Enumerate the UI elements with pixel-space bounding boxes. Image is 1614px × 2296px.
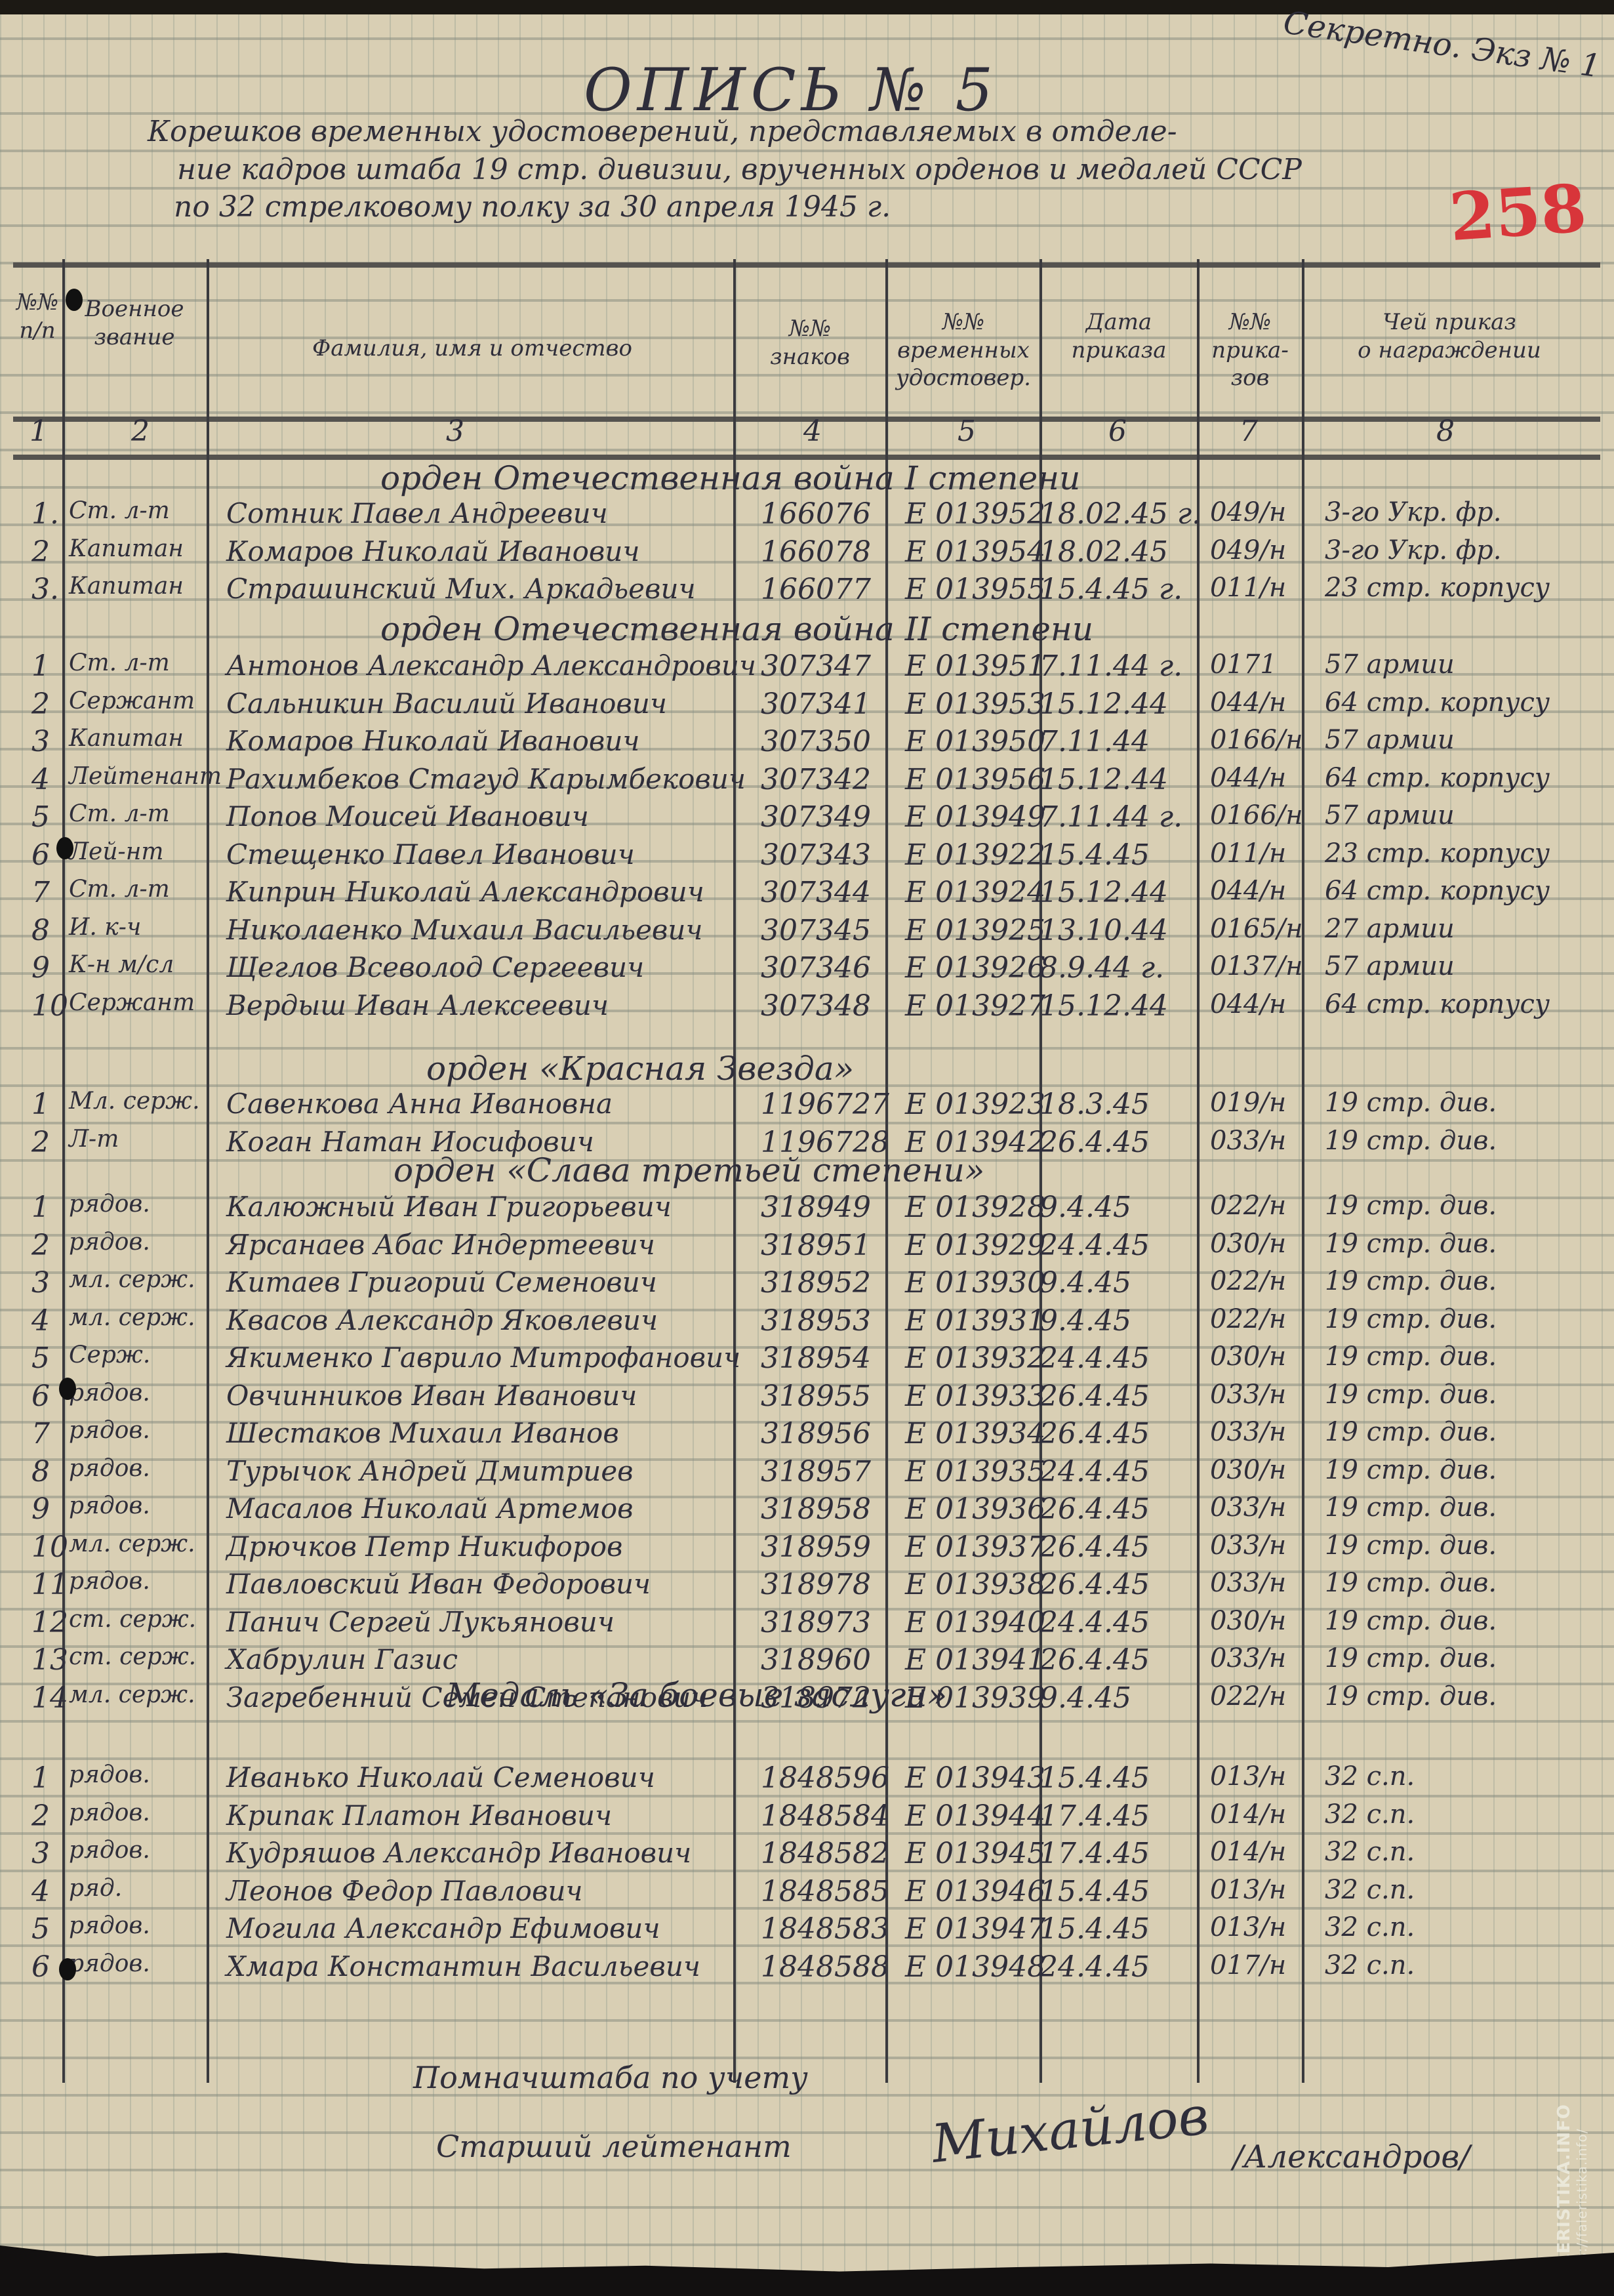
column-header-issuing-authority: Чей приказ о награждении — [1305, 308, 1594, 364]
order-date: 26.4.45 — [1039, 1380, 1150, 1413]
issuing-authority: 19 стр. див. — [1325, 1229, 1497, 1259]
issuing-authority: 19 стр. див. — [1325, 1417, 1497, 1447]
badge-number: 318954 — [761, 1342, 871, 1375]
issuing-authority: 32 с.п. — [1325, 1761, 1415, 1792]
subtitle-line-1: Корешков временных удостоверений, предст… — [148, 115, 1177, 148]
row-number: 2 — [31, 535, 50, 569]
order-number: 0165/н — [1210, 914, 1303, 944]
row-number: 3 — [31, 1266, 50, 1300]
row-number: 2 — [31, 1126, 50, 1159]
order-date: 13.10.44 — [1039, 914, 1168, 947]
row-number: 2 — [31, 687, 50, 721]
row-number: 9 — [31, 951, 50, 985]
order-number: 013/н — [1210, 1875, 1286, 1905]
certificate-number: Е 013925 — [905, 914, 1045, 947]
military-rank: рядов. — [69, 1568, 150, 1595]
full-name: Комаров Николай Иванович — [226, 535, 640, 567]
row-number: 6 — [31, 1380, 50, 1413]
order-number: 013/н — [1210, 1761, 1286, 1792]
issuing-authority: 19 стр. див. — [1325, 1643, 1497, 1673]
military-rank: мл. серж. — [69, 1304, 195, 1331]
issuing-authority: 32 с.п. — [1325, 1912, 1415, 1942]
order-number: 030/н — [1210, 1229, 1286, 1259]
military-rank: мл. серж. — [69, 1266, 195, 1293]
issuing-authority: 32 с.п. — [1325, 1799, 1415, 1830]
issuing-authority: 19 стр. див. — [1325, 1304, 1497, 1334]
table-row: 9рядов.Масалов Николай Артемов318958Е 01… — [0, 1492, 1614, 1533]
full-name: Шестаков Михаил Иванов — [226, 1417, 619, 1449]
military-rank: рядов. — [69, 1950, 150, 1977]
military-rank: Капитан — [69, 725, 184, 752]
certificate-number: Е 013922 — [905, 838, 1045, 872]
order-date: 8.9.44 г. — [1039, 951, 1164, 985]
military-rank: Лей-нт — [69, 838, 164, 865]
table-row: 2КапитанКомаров Николай Иванович166078Е … — [0, 535, 1614, 576]
military-rank: Мл. серж. — [69, 1088, 200, 1115]
issuing-authority: 64 стр. корпусу — [1325, 687, 1550, 718]
military-rank: Ст. л-т — [69, 649, 170, 676]
order-number: 033/н — [1210, 1492, 1286, 1523]
table-row: 10мл. серж.Дрючков Петр Никифоров318959Е… — [0, 1530, 1614, 1571]
row-number: 3 — [31, 725, 50, 758]
full-name: Турычок Андрей Дмитриев — [226, 1455, 634, 1487]
full-name: Ярсанаев Абас Индертеевич — [226, 1229, 655, 1261]
badge-number: 307343 — [761, 838, 871, 872]
issuing-authority: 19 стр. див. — [1325, 1342, 1497, 1372]
order-number: 033/н — [1210, 1643, 1286, 1673]
issuing-authority: 32 с.п. — [1325, 1837, 1415, 1867]
order-number: 022/н — [1210, 1191, 1286, 1221]
military-rank: Ст. л-т — [69, 800, 170, 827]
badge-number: 318960 — [761, 1643, 871, 1677]
badge-number: 318956 — [761, 1417, 871, 1450]
punch-hole — [66, 289, 83, 311]
order-number: 033/н — [1210, 1380, 1286, 1410]
military-rank: Лейтенант — [69, 763, 222, 790]
order-number: 019/н — [1210, 1088, 1286, 1118]
table-row: 5рядов.Могила Александр Ефимович1848583Е… — [0, 1912, 1614, 1953]
row-number: 4 — [31, 763, 50, 796]
military-rank: рядов. — [69, 1455, 150, 1482]
issuing-authority: 27 армии — [1325, 914, 1455, 944]
military-rank: Сержант — [69, 687, 195, 714]
certificate-number: Е 013941 — [905, 1643, 1045, 1677]
full-name: Сальникин Василий Иванович — [226, 687, 667, 720]
military-rank: Капитан — [69, 573, 184, 600]
certificate-number: Е 013955 — [905, 573, 1045, 606]
full-name: Дрючков Петр Никифоров — [226, 1530, 622, 1563]
table-row: 11рядов.Павловский Иван Федорович318978Е… — [0, 1568, 1614, 1609]
badge-number: 307349 — [761, 800, 871, 834]
signatory-position: Помначштаба по учету — [413, 2060, 808, 2095]
badge-number: 307345 — [761, 914, 871, 947]
order-date: 15.12.44 — [1039, 876, 1168, 909]
full-name: Савенкова Анна Ивановна — [226, 1088, 613, 1120]
order-number: 030/н — [1210, 1606, 1286, 1636]
military-rank: рядов. — [69, 1191, 150, 1218]
section-heading: орден «Красная Звезда» — [426, 1050, 854, 1088]
certificate-number: Е 013951 — [905, 649, 1045, 683]
issuing-authority: 3-го Укр. фр. — [1325, 497, 1501, 527]
full-name: Хабрулин Газис — [226, 1643, 458, 1675]
order-number: 049/н — [1210, 535, 1286, 565]
scan-edge-bottom — [0, 2224, 1614, 2296]
table-row: 3мл. серж.Китаев Григорий Семенович31895… — [0, 1266, 1614, 1307]
signatory-rank: Старший лейтенант — [436, 2129, 792, 2164]
table-top-border — [13, 262, 1600, 268]
table-row: 3.КапитанСтрашинский Мих. Аркадьевич1660… — [0, 573, 1614, 613]
row-number: 3 — [31, 1837, 50, 1870]
row-number: 5 — [31, 1342, 50, 1375]
order-number: 011/н — [1210, 838, 1286, 869]
military-rank: Ст. л-т — [69, 876, 170, 903]
badge-number: 318949 — [761, 1191, 871, 1224]
row-number: 1 — [31, 1191, 50, 1224]
column-header-rank: Военное звание — [66, 295, 203, 351]
order-number: 0171 — [1210, 649, 1277, 680]
table-row: 3КапитанКомаров Николай Иванович307350Е … — [0, 725, 1614, 766]
full-name: Панич Сергей Лукьянович — [226, 1606, 615, 1638]
badge-number: 1196727 — [761, 1088, 889, 1121]
certificate-number: Е 013930 — [905, 1266, 1045, 1300]
issuing-authority: 23 стр. корпусу — [1325, 573, 1550, 603]
column-number: 2 — [131, 415, 150, 448]
issuing-authority: 19 стр. див. — [1325, 1380, 1497, 1410]
military-rank: Ст. л-т — [69, 497, 170, 524]
order-number: 033/н — [1210, 1568, 1286, 1598]
issuing-authority: 19 стр. див. — [1325, 1530, 1497, 1561]
certificate-number: Е 013924 — [905, 876, 1045, 909]
row-number: 3. — [31, 573, 59, 606]
badge-number: 318973 — [761, 1606, 871, 1639]
order-number: 0166/н — [1210, 800, 1303, 830]
table-row: 2рядов.Ярсанаев Абас Индертеевич318951Е … — [0, 1229, 1614, 1269]
military-rank: К-н м/сл — [69, 951, 174, 978]
military-rank: рядов. — [69, 1380, 150, 1406]
certificate-number: Е 013946 — [905, 1875, 1045, 1908]
issuing-authority: 19 стр. див. — [1325, 1455, 1497, 1485]
table-row: 12ст. серж.Панич Сергей Лукьянович318973… — [0, 1606, 1614, 1647]
badge-number: 307348 — [761, 989, 871, 1023]
issuing-authority: 57 армии — [1325, 800, 1455, 830]
certificate-number: Е 013956 — [905, 763, 1045, 796]
table-row: 6рядов.Хмара Константин Васильевич184858… — [0, 1950, 1614, 1991]
full-name: Щеглов Всеволод Сергеевич — [226, 951, 644, 983]
issuing-authority: 19 стр. див. — [1325, 1126, 1497, 1156]
row-number: 8 — [31, 914, 50, 947]
order-date: 9.4.45 — [1039, 1681, 1131, 1715]
certificate-number: Е 013927 — [905, 989, 1045, 1023]
certificate-number: Е 013952 — [905, 497, 1045, 531]
section-heading: Медаль «За боевые заслуги» — [446, 1676, 947, 1714]
badge-number: 318959 — [761, 1530, 871, 1564]
table-row: 4ряд.Леонов Федор Павлович1848585Е 01394… — [0, 1875, 1614, 1916]
order-date: 9.4.45 — [1039, 1191, 1131, 1224]
full-name: Вердыш Иван Алексеевич — [226, 989, 609, 1021]
badge-number: 1848582 — [761, 1837, 889, 1870]
secret-mark: Секретно. Экз № 1 — [1281, 4, 1603, 85]
issuing-authority: 32 с.п. — [1325, 1950, 1415, 1980]
order-date: 15.4.45 — [1039, 1761, 1150, 1795]
military-rank: рядов. — [69, 1417, 150, 1444]
certificate-number: Е 013926 — [905, 951, 1045, 985]
section-heading: орден «Слава третьей степени» — [393, 1151, 984, 1189]
row-number: 7 — [31, 876, 50, 909]
certificate-number: Е 013931 — [905, 1304, 1045, 1338]
military-rank: рядов. — [69, 1492, 150, 1519]
certificate-number: Е 013948 — [905, 1950, 1045, 1984]
subtitle-line-3: по 32 стрелковому полку за 30 апреля 194… — [174, 190, 891, 224]
table-row: 4ЛейтенантРахимбеков Стагуд Карымбекович… — [0, 763, 1614, 804]
order-date: 26.4.45 — [1039, 1492, 1150, 1526]
badge-number: 307350 — [761, 725, 871, 758]
order-date: 15.4.45 г. — [1039, 573, 1182, 606]
badge-number: 318952 — [761, 1266, 871, 1300]
issuing-authority: 19 стр. див. — [1325, 1606, 1497, 1636]
military-rank: ст. серж. — [69, 1606, 196, 1633]
military-rank: рядов. — [69, 1761, 150, 1788]
order-date: 18.02.45 — [1039, 535, 1168, 569]
issuing-authority: 19 стр. див. — [1325, 1088, 1497, 1118]
order-date: 15.4.45 — [1039, 1875, 1150, 1908]
badge-number: 1848583 — [761, 1912, 889, 1946]
order-date: 7.11.44 — [1039, 725, 1150, 758]
full-name: Киприн Николай Александрович — [226, 876, 704, 908]
full-name: Попов Моисей Иванович — [226, 800, 589, 832]
row-number: 4 — [31, 1304, 50, 1338]
order-date: 17.4.45 — [1039, 1799, 1150, 1833]
badge-number: 1848588 — [761, 1950, 889, 1984]
row-number: 1. — [31, 497, 59, 531]
full-name: Крипак Платон Иванович — [226, 1799, 612, 1832]
order-number: 033/н — [1210, 1530, 1286, 1561]
military-rank: рядов. — [69, 1912, 150, 1939]
signatory-name: /Александров/ — [1233, 2139, 1470, 2175]
full-name: Комаров Николай Иванович — [226, 725, 640, 757]
full-name: Антонов Александр Александрович — [226, 649, 756, 682]
certificate-number: Е 013954 — [905, 535, 1045, 569]
table-row: 1рядов.Иванько Николай Семенович1848596Е… — [0, 1761, 1614, 1802]
certificate-number: Е 013940 — [905, 1606, 1045, 1639]
column-number: 6 — [1108, 415, 1127, 448]
military-rank: Серж. — [69, 1342, 150, 1368]
badge-number: 318978 — [761, 1568, 871, 1601]
order-number: 0137/н — [1210, 951, 1303, 981]
punch-hole — [59, 1958, 76, 1980]
order-date: 24.4.45 — [1039, 1342, 1150, 1375]
badge-number: 307344 — [761, 876, 871, 909]
military-rank: Сержант — [69, 989, 195, 1016]
row-number: 10 — [31, 1530, 68, 1564]
issuing-authority: 19 стр. див. — [1325, 1681, 1497, 1712]
order-date: 18.02.45 г. — [1039, 497, 1201, 531]
badge-number: 307342 — [761, 763, 871, 796]
table-row: 10СержантВердыш Иван Алексеевич307348Е 0… — [0, 989, 1614, 1030]
order-number: 022/н — [1210, 1266, 1286, 1296]
order-number: 022/н — [1210, 1681, 1286, 1712]
section-heading: орден Отечественная война I степени — [380, 459, 1080, 497]
table-row: 7Ст. л-тКиприн Николай Александрович3073… — [0, 876, 1614, 916]
certificate-number: Е 013932 — [905, 1342, 1045, 1375]
badge-number: 1848596 — [761, 1761, 889, 1795]
order-number: 030/н — [1210, 1455, 1286, 1485]
badge-number: 307347 — [761, 649, 871, 683]
certificate-number: Е 013944 — [905, 1799, 1045, 1833]
table-row: 1Мл. серж.Савенкова Анна Ивановна1196727… — [0, 1088, 1614, 1128]
table-row: 9К-н м/слЩеглов Всеволод Сергеевич307346… — [0, 951, 1614, 992]
issuing-authority: 23 стр. корпусу — [1325, 838, 1550, 869]
table-row: 4мл. серж.Квасов Александр Яковлевич3189… — [0, 1304, 1614, 1345]
badge-number: 1848584 — [761, 1799, 889, 1833]
certificate-number: Е 013936 — [905, 1492, 1045, 1526]
certificate-number: Е 013923 — [905, 1088, 1045, 1121]
issuing-authority: 19 стр. див. — [1325, 1568, 1497, 1598]
column-number: 4 — [803, 415, 822, 448]
order-number: 044/н — [1210, 876, 1286, 906]
table-row: 7рядов.Шестаков Михаил Иванов318956Е 013… — [0, 1417, 1614, 1458]
column-number: 5 — [958, 415, 976, 448]
military-rank: Капитан — [69, 535, 184, 562]
certificate-number: Е 013928 — [905, 1191, 1045, 1224]
badge-number: 307341 — [761, 687, 871, 721]
row-number: 10 — [31, 989, 68, 1023]
table-row: 8рядов.Турычок Андрей Дмитриев318957Е 01… — [0, 1455, 1614, 1496]
order-date: 26.4.45 — [1039, 1643, 1150, 1677]
table-row: 3рядов.Кудряшов Александр Иванович184858… — [0, 1837, 1614, 1877]
order-date: 24.4.45 — [1039, 1950, 1150, 1984]
order-date: 17.4.45 — [1039, 1837, 1150, 1870]
column-header-order-number: №№ прика- зов — [1200, 308, 1300, 392]
full-name: Сотник Павел Андреевич — [226, 497, 608, 529]
row-number: 11 — [31, 1568, 68, 1601]
order-date: 24.4.45 — [1039, 1606, 1150, 1639]
certificate-number: Е 013950 — [905, 725, 1045, 758]
row-number: 2 — [31, 1229, 50, 1262]
order-date: 15.4.45 — [1039, 838, 1150, 872]
badge-number: 166077 — [761, 573, 871, 606]
row-number: 1 — [31, 1088, 50, 1121]
order-date: 7.11.44 г. — [1039, 649, 1182, 683]
order-number: 0166/н — [1210, 725, 1303, 755]
full-name: Овчинников Иван Иванович — [226, 1380, 637, 1412]
row-number: 5 — [31, 1912, 50, 1946]
issuing-authority: 64 стр. корпусу — [1325, 989, 1550, 1019]
order-number: 033/н — [1210, 1126, 1286, 1156]
order-date: 15.12.44 — [1039, 687, 1168, 721]
issuing-authority: 3-го Укр. фр. — [1325, 535, 1501, 565]
column-number: 8 — [1436, 415, 1455, 448]
subtitle-line-2: ние кадров штаба 19 стр. дивизии, вручен… — [177, 153, 1302, 186]
table-row: 6Лей-нтСтещенко Павел Иванович307343Е 01… — [0, 838, 1614, 879]
section-heading: орден Отечественная война II степени — [380, 610, 1093, 648]
badge-number: 318957 — [761, 1455, 871, 1488]
full-name: Леонов Федор Павлович — [226, 1875, 583, 1907]
issuing-authority: 32 с.п. — [1325, 1875, 1415, 1905]
row-number: 1 — [31, 649, 50, 683]
table-row: 5Ст. л-тПопов Моисей Иванович307349Е 013… — [0, 800, 1614, 841]
row-number: 2 — [31, 1799, 50, 1833]
order-date: 15.4.45 — [1039, 1912, 1150, 1946]
full-name: Могила Александр Ефимович — [226, 1912, 660, 1944]
issuing-authority: 19 стр. див. — [1325, 1266, 1497, 1296]
order-number: 017/н — [1210, 1950, 1286, 1980]
row-number: 12 — [31, 1606, 68, 1639]
certificate-number: Е 013937 — [905, 1530, 1045, 1564]
table-row: 2рядов.Крипак Платон Иванович1848584Е 01… — [0, 1799, 1614, 1840]
order-date: 26.4.45 — [1039, 1568, 1150, 1601]
issuing-authority: 57 армии — [1325, 649, 1455, 680]
badge-number: 166078 — [761, 535, 871, 569]
order-date: 24.4.45 — [1039, 1455, 1150, 1488]
table-row: 6рядов.Овчинников Иван Иванович318955Е 0… — [0, 1380, 1614, 1420]
row-number: 9 — [31, 1492, 50, 1526]
issuing-authority: 64 стр. корпусу — [1325, 763, 1550, 793]
issuing-authority: 64 стр. корпусу — [1325, 876, 1550, 906]
order-date: 18.3.45 — [1039, 1088, 1150, 1121]
military-rank: мл. серж. — [69, 1530, 195, 1557]
badge-number: 318951 — [761, 1229, 871, 1262]
badge-number: 166076 — [761, 497, 871, 531]
row-number: 6 — [31, 1950, 50, 1984]
certificate-number: Е 013929 — [905, 1229, 1045, 1262]
full-name: Калюжный Иван Григорьевич — [226, 1191, 672, 1223]
order-number: 022/н — [1210, 1304, 1286, 1334]
certificate-number: Е 013943 — [905, 1761, 1045, 1795]
certificate-number: Е 013953 — [905, 687, 1045, 721]
row-number: 1 — [31, 1761, 50, 1795]
column-header-certificate-number: №№ временных удостовер. — [889, 308, 1038, 392]
order-number: 030/н — [1210, 1342, 1286, 1372]
badge-number: 318953 — [761, 1304, 871, 1338]
order-number: 044/н — [1210, 989, 1286, 1019]
order-number: 049/н — [1210, 497, 1286, 527]
row-number: 6 — [31, 838, 50, 872]
order-number: 011/н — [1210, 573, 1286, 603]
badge-number: 1848585 — [761, 1875, 889, 1908]
full-name: Китаев Григорий Семенович — [226, 1266, 657, 1298]
military-rank: И. к-ч — [69, 914, 141, 941]
punch-hole — [56, 837, 73, 859]
full-name: Николаенко Михаил Васильевич — [226, 914, 703, 946]
table-row: 5Серж.Якименко Гаврило Митрофанович31895… — [0, 1342, 1614, 1382]
full-name: Кудряшов Александр Иванович — [226, 1837, 691, 1869]
column-header-badge-number: №№ знаков — [738, 315, 882, 371]
certificate-number: Е 013935 — [905, 1455, 1045, 1488]
military-rank: ряд. — [69, 1875, 122, 1902]
certificate-number: Е 013938 — [905, 1568, 1045, 1601]
issuing-authority: 57 армии — [1325, 725, 1455, 755]
table-row: 1рядов.Калюжный Иван Григорьевич318949Е … — [0, 1191, 1614, 1231]
issuing-authority: 19 стр. див. — [1325, 1492, 1497, 1523]
table-row: 1.Ст. л-тСотник Павел Андреевич166076Е 0… — [0, 497, 1614, 538]
archive-page-stamp: 258 — [1447, 169, 1588, 256]
military-rank: ст. серж. — [69, 1643, 196, 1670]
military-rank: Л-т — [69, 1126, 119, 1153]
document-page: Секретно. Экз № 1 ОПИСЬ № 5 Корешков вре… — [0, 0, 1614, 2296]
column-number: 3 — [446, 415, 464, 448]
order-number: 033/н — [1210, 1417, 1286, 1447]
order-number: 014/н — [1210, 1837, 1286, 1867]
signature: Михайлов — [929, 2085, 1211, 2175]
certificate-number: Е 013945 — [905, 1837, 1045, 1870]
order-date: 15.12.44 — [1039, 989, 1168, 1023]
issuing-authority: 19 стр. див. — [1325, 1191, 1497, 1221]
row-number: 5 — [31, 800, 50, 834]
order-date: 26.4.45 — [1039, 1530, 1150, 1564]
order-date: 9.4.45 — [1039, 1266, 1131, 1300]
column-number: 7 — [1240, 415, 1258, 448]
column-number: 1 — [30, 415, 48, 448]
